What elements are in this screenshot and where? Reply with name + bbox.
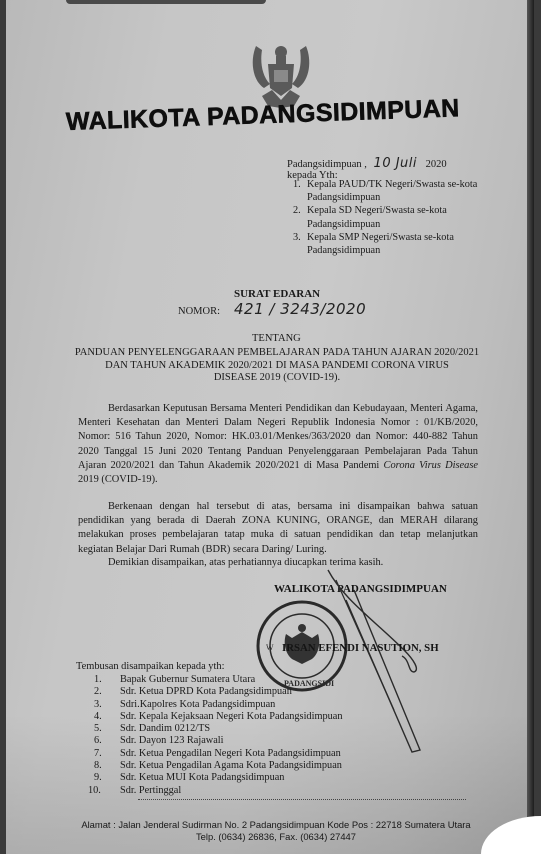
cc-item: 9.Sdr. Ketua MUI Kota Padangsidimpuan <box>94 772 342 784</box>
svg-text:W: W <box>266 643 274 652</box>
cc-item: 3.Sdri.Kapolres Kota Padangsidimpuan <box>94 699 342 711</box>
letterhead-title: WALIKOTA PADANGSIDIMPUAN <box>65 93 496 137</box>
letter-page: WALIKOTA PADANGSIDIMPUAN Padangsidimpuan… <box>6 0 534 854</box>
signatory-name: IRSAN EFENDI NASUTION, SH <box>282 642 439 654</box>
cc-item: 6.Sdr. Dayon 123 Rajawali <box>94 735 342 747</box>
recipient-list: 1.Kepala PAUD/TK Negeri/Swasta se-kota P… <box>293 178 477 257</box>
cc-item: 10.Sdr. Pertinggal <box>88 785 342 797</box>
body-paragraph-1: Berdasarkan Keputusan Bersama Menteri Pe… <box>78 402 478 487</box>
cc-item: 1.Bapak Gubernur Sumatera Utara <box>94 674 342 686</box>
page-edge-shadow <box>527 0 534 854</box>
about-label: TENTANG <box>252 333 301 344</box>
subject-line: DISEASE 2019 (COVID-19). <box>62 372 492 385</box>
photo-shadow <box>66 0 266 4</box>
circular-type: SURAT EDARAN <box>234 288 320 300</box>
recipient-item-cont: Padangsidimpuan <box>293 244 477 257</box>
footer-divider <box>138 799 466 800</box>
cc-item: 8.Sdr. Ketua Pengadilan Agama Kota Padan… <box>94 760 342 772</box>
recipient-item: 1.Kepala PAUD/TK Negeri/Swasta se-kota <box>293 178 477 191</box>
recipient-item: 3.Kepala SMP Negeri/Swasta se-kota <box>293 231 477 244</box>
subject-line: PANDUAN PENYELENGGARAAN PEMBELAJARAN PAD… <box>62 347 492 360</box>
address-line: Alamat : Jalan Jenderal Sudirman No. 2 P… <box>46 819 506 831</box>
cc-item: 2.Sdr. Ketua DPRD Kota Padangsidimpuan <box>94 686 342 698</box>
date-handwritten: 10 Juli <box>374 156 417 171</box>
cc-list: 1.Bapak Gubernur Sumatera Utara 2.Sdr. K… <box>94 674 342 797</box>
body-paragraph-2: Berkenaan dengan hal tersebut di atas, b… <box>78 500 478 557</box>
recipient-item-cont: Padangsidimpuan <box>293 218 477 231</box>
recipient-item-cont: Padangsidimpuan <box>293 191 477 204</box>
date-year: 2020 <box>426 159 447 170</box>
number-handwritten: 421 / 3243/2020 <box>234 300 366 318</box>
cc-item: 7.Sdr. Ketua Pengadilan Negeri Kota Pada… <box>94 748 342 760</box>
subject: PANDUAN PENYELENGGARAAN PEMBELAJARAN PAD… <box>62 347 492 385</box>
cc-item: 4.Sdr. Kepala Kejaksaan Negeri Kota Pada… <box>94 711 342 723</box>
date-line: Padangsidimpuan , 10 Juli 2020 <box>287 156 447 171</box>
cc-heading: Tembusan disampaikan kepada yth: <box>76 661 224 672</box>
cc-item: 5.Sdr. Dandim 0212/TS <box>94 723 342 735</box>
phone-line: Telp. (0634) 26836, Fax. (0634) 27447 <box>46 831 506 843</box>
footer-address: Alamat : Jalan Jenderal Sudirman No. 2 P… <box>46 819 506 842</box>
number-label: NOMOR: <box>178 306 220 317</box>
subject-line: DAN TAHUN AKADEMIK 2020/2021 DI MASA PAN… <box>62 360 492 373</box>
recipient-item: 2.Kepala SD Negeri/Swasta se-kota <box>293 204 477 217</box>
date-place: Padangsidimpuan , <box>287 159 367 170</box>
